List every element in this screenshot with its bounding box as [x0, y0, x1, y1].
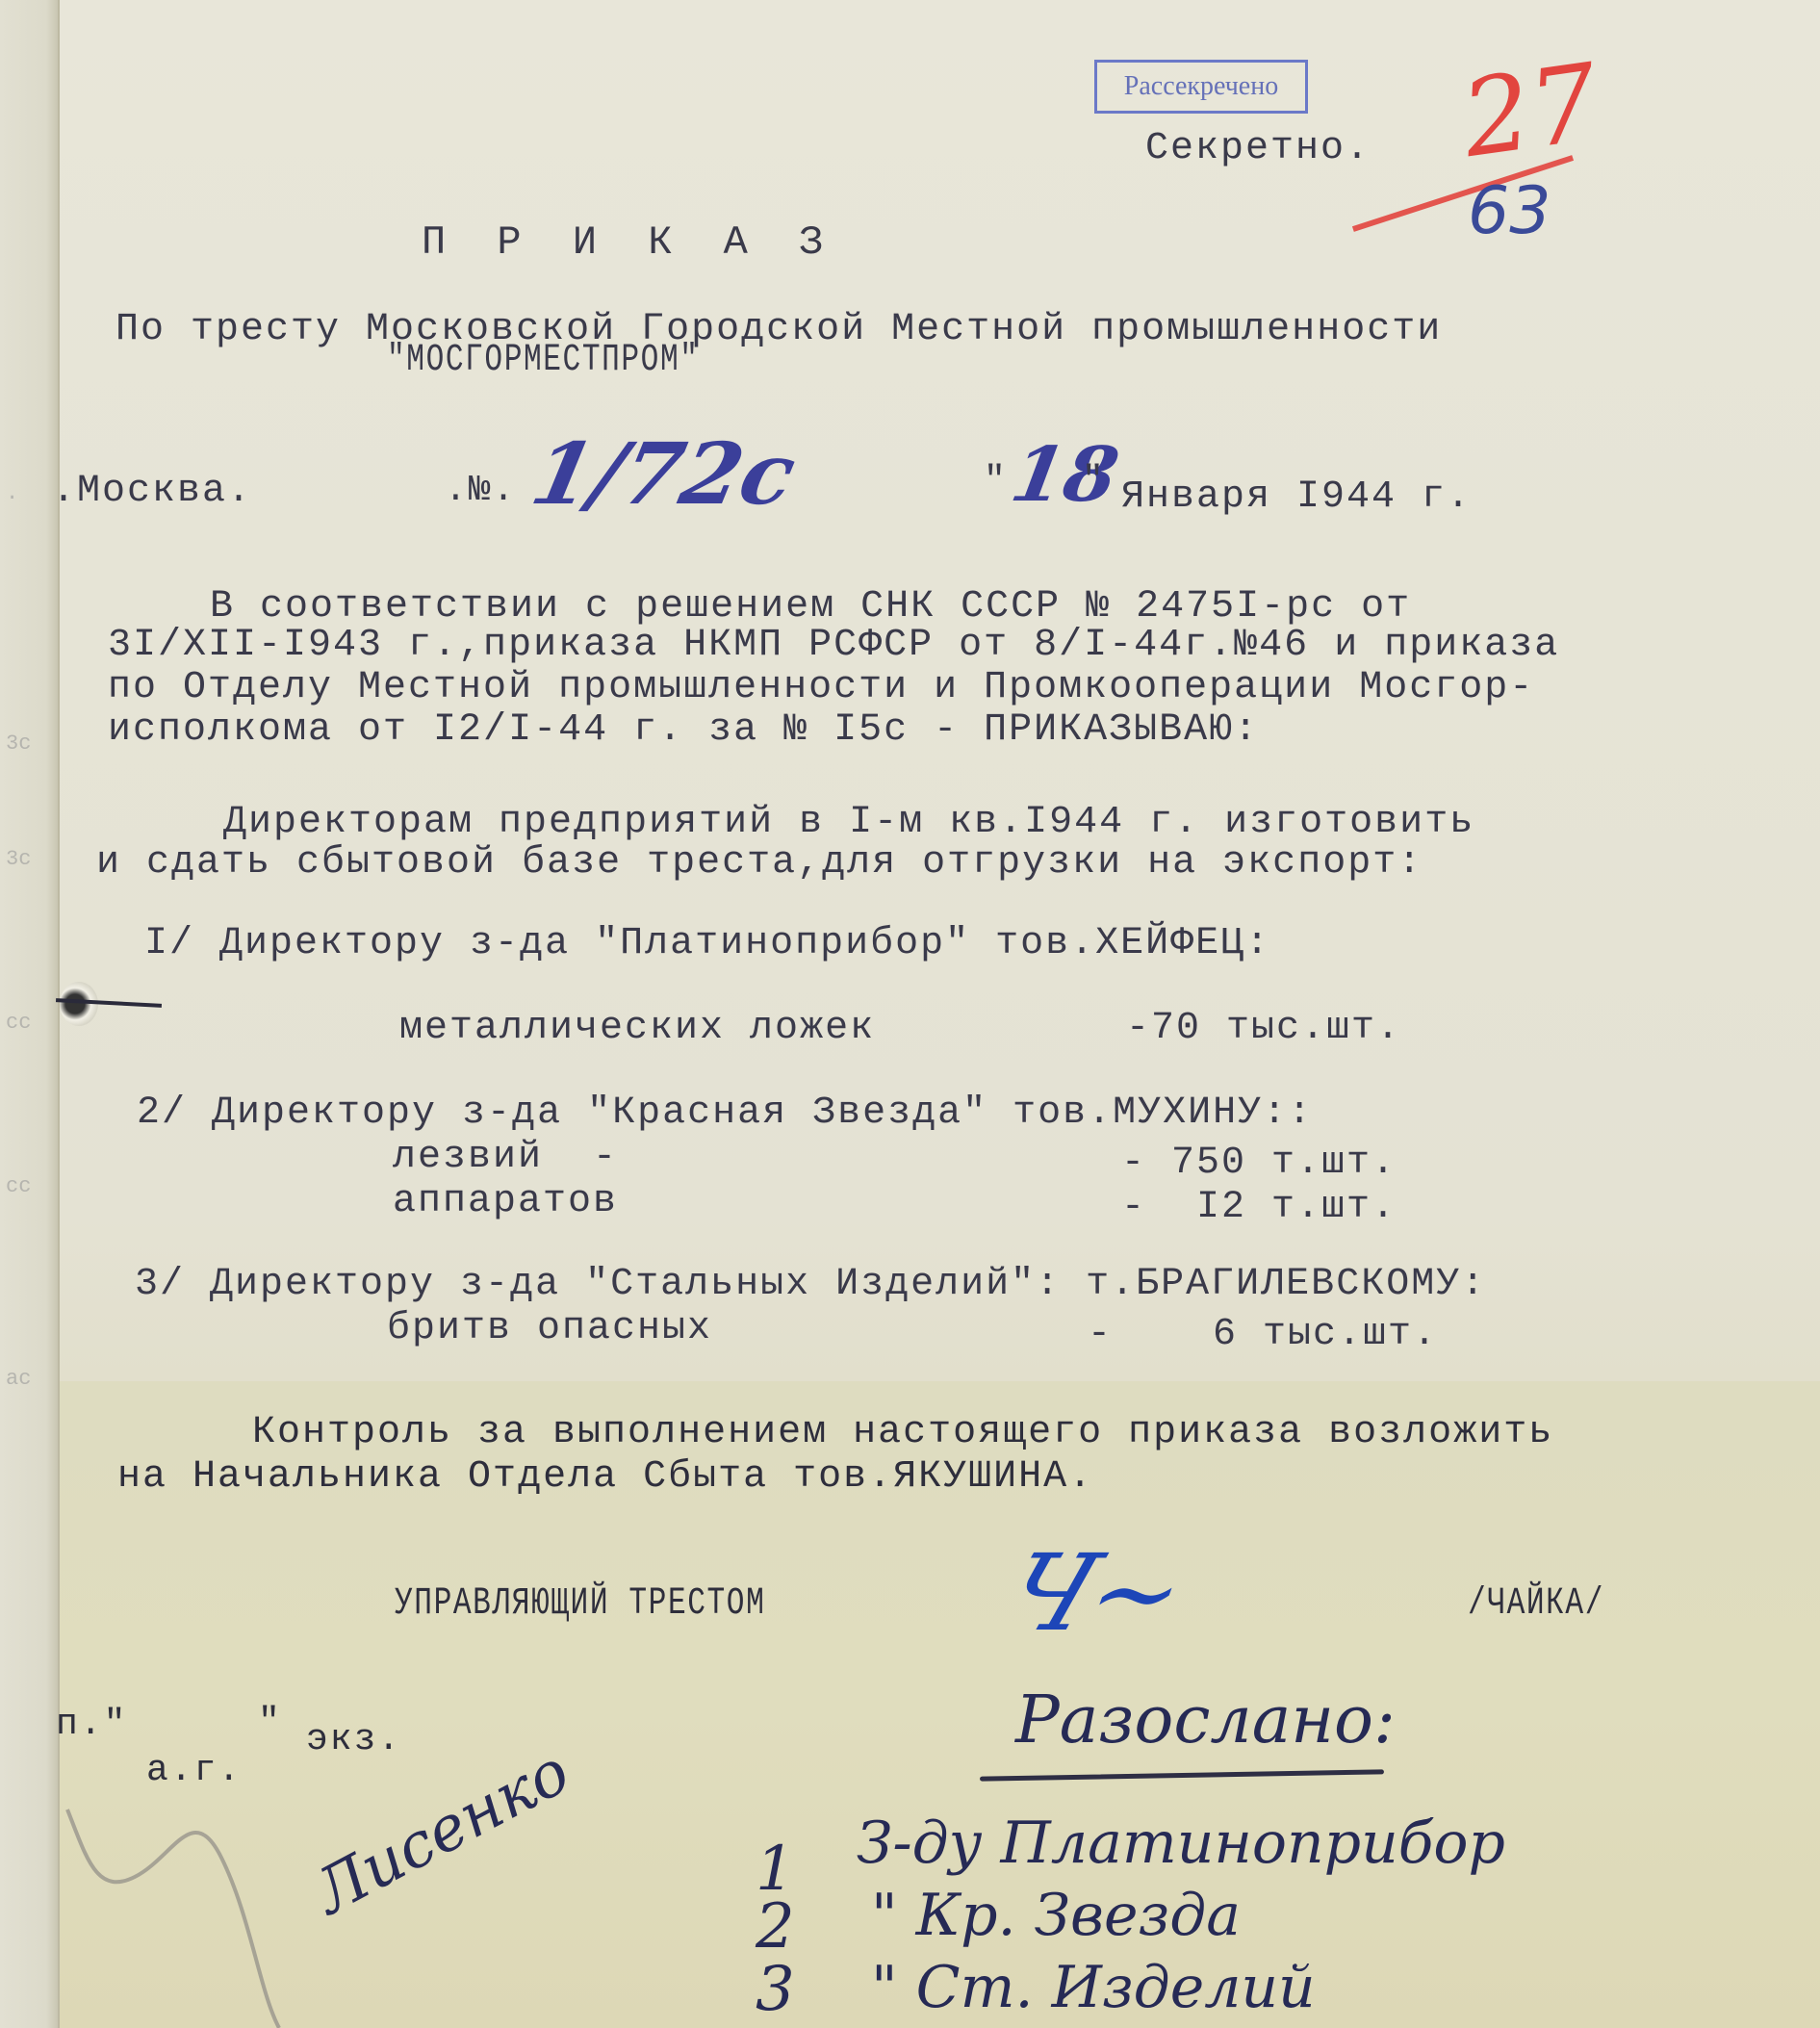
issuer-line-1: По тресту Московской Городской Местной п…: [115, 308, 1442, 351]
copies-label: экз.: [306, 1719, 401, 1760]
signatory-position: УПРАВЛЯЮЩИЙ ТРЕСТОМ: [395, 1582, 765, 1626]
distribution-text: З-ду Платиноприбор: [857, 1810, 1505, 1877]
item-good-qty: -70 тыс.шт.: [1126, 1007, 1401, 1050]
date-quote-close: ": [1082, 460, 1106, 501]
bleed-through-mark: .: [6, 481, 18, 505]
city: .Москва.: [52, 470, 252, 513]
distribution-text: " Кр. Звезда: [871, 1882, 1241, 1949]
order-number-handwritten: 1/72с: [524, 424, 805, 524]
item-good-name: лезвий -: [393, 1136, 618, 1179]
red-pencil-page-number: 27: [1456, 49, 1604, 172]
bleed-through-mark: ac: [6, 1367, 31, 1391]
declassified-stamp: Рассекречено: [1094, 60, 1308, 114]
bleed-through-mark: cc: [6, 1174, 31, 1198]
item-good-qty: - 750 т.шт.: [1121, 1142, 1397, 1185]
copies-date: а.г.: [146, 1750, 242, 1791]
distribution-number: 2: [756, 1891, 795, 1963]
issuer-line-2: "МОСГОРМЕСТПРОМ": [387, 339, 700, 382]
item-good-name: аппаратов: [393, 1180, 618, 1223]
pencil-stroke: [58, 1800, 308, 2028]
signatory-name: /ЧАЙКА/: [1468, 1582, 1604, 1626]
item-good-qty: - I2 т.шт.: [1121, 1186, 1397, 1229]
item-good-qty: - 6 тыс.шт.: [1088, 1313, 1438, 1356]
item-heading: 3/ Директору з-да "Стальных Изделий": т.…: [135, 1263, 1486, 1306]
preamble-line: 3I/XII-I943 г.,приказа НКМП РСФСР от 8/I…: [108, 624, 1559, 667]
bleed-through-mark: 3c: [6, 732, 31, 756]
stamp-text: Рассекречено: [1124, 71, 1278, 102]
item-good-name: бритв опасных: [387, 1307, 712, 1350]
preamble-line: по Отделу Местной промышленности и Промк…: [108, 666, 1534, 709]
bleed-through-mark: 3c: [6, 847, 31, 871]
classification-label: Секретно.: [1145, 127, 1371, 170]
preamble-line: В соответствии с решением СНК СССР № 247…: [210, 585, 1411, 629]
order-number-label: .№.: [445, 470, 516, 511]
document-title: П Р И К А З: [422, 219, 836, 266]
copies-prefix: п.": [56, 1704, 127, 1745]
bleed-through-mark: cc: [6, 1011, 31, 1035]
date-day-handwritten: 18: [1005, 431, 1125, 519]
date-month-year: Января I944 г.: [1121, 475, 1472, 519]
distribution-number: 3: [756, 1954, 795, 2025]
distributed-heading: Разослано:: [1015, 1682, 1396, 1758]
control-line: Контроль за выполнением настоящего прика…: [252, 1411, 1553, 1454]
item-heading: I/ Директору з-да "Платиноприбор" тов.ХЕ…: [144, 922, 1270, 965]
archive-page-number: 63: [1468, 173, 1551, 249]
previous-page-edge: . 3c 3c cc cc ac: [0, 0, 60, 2028]
control-line: на Начальника Отдела Сбыта тов.ЯКУШИНА.: [117, 1455, 1093, 1499]
copies-quote: ": [258, 1702, 282, 1743]
directive-line: и сдать сбытовой базе треста,для отгрузк…: [96, 841, 1423, 885]
date-quote-open: ": [984, 460, 1008, 501]
item-heading: 2/ Директору з-да "Красная Звезда" тов.М…: [137, 1091, 1313, 1135]
directive-line: Директорам предприятий в I-м кв.I944 г. …: [223, 801, 1474, 844]
distribution-text: " Ст. Изделий: [871, 1954, 1316, 2021]
preamble-line: исполкома от I2/I-44 г. за № I5с - ПРИКА…: [108, 708, 1259, 752]
item-good-name: металлических ложек: [399, 1007, 875, 1050]
